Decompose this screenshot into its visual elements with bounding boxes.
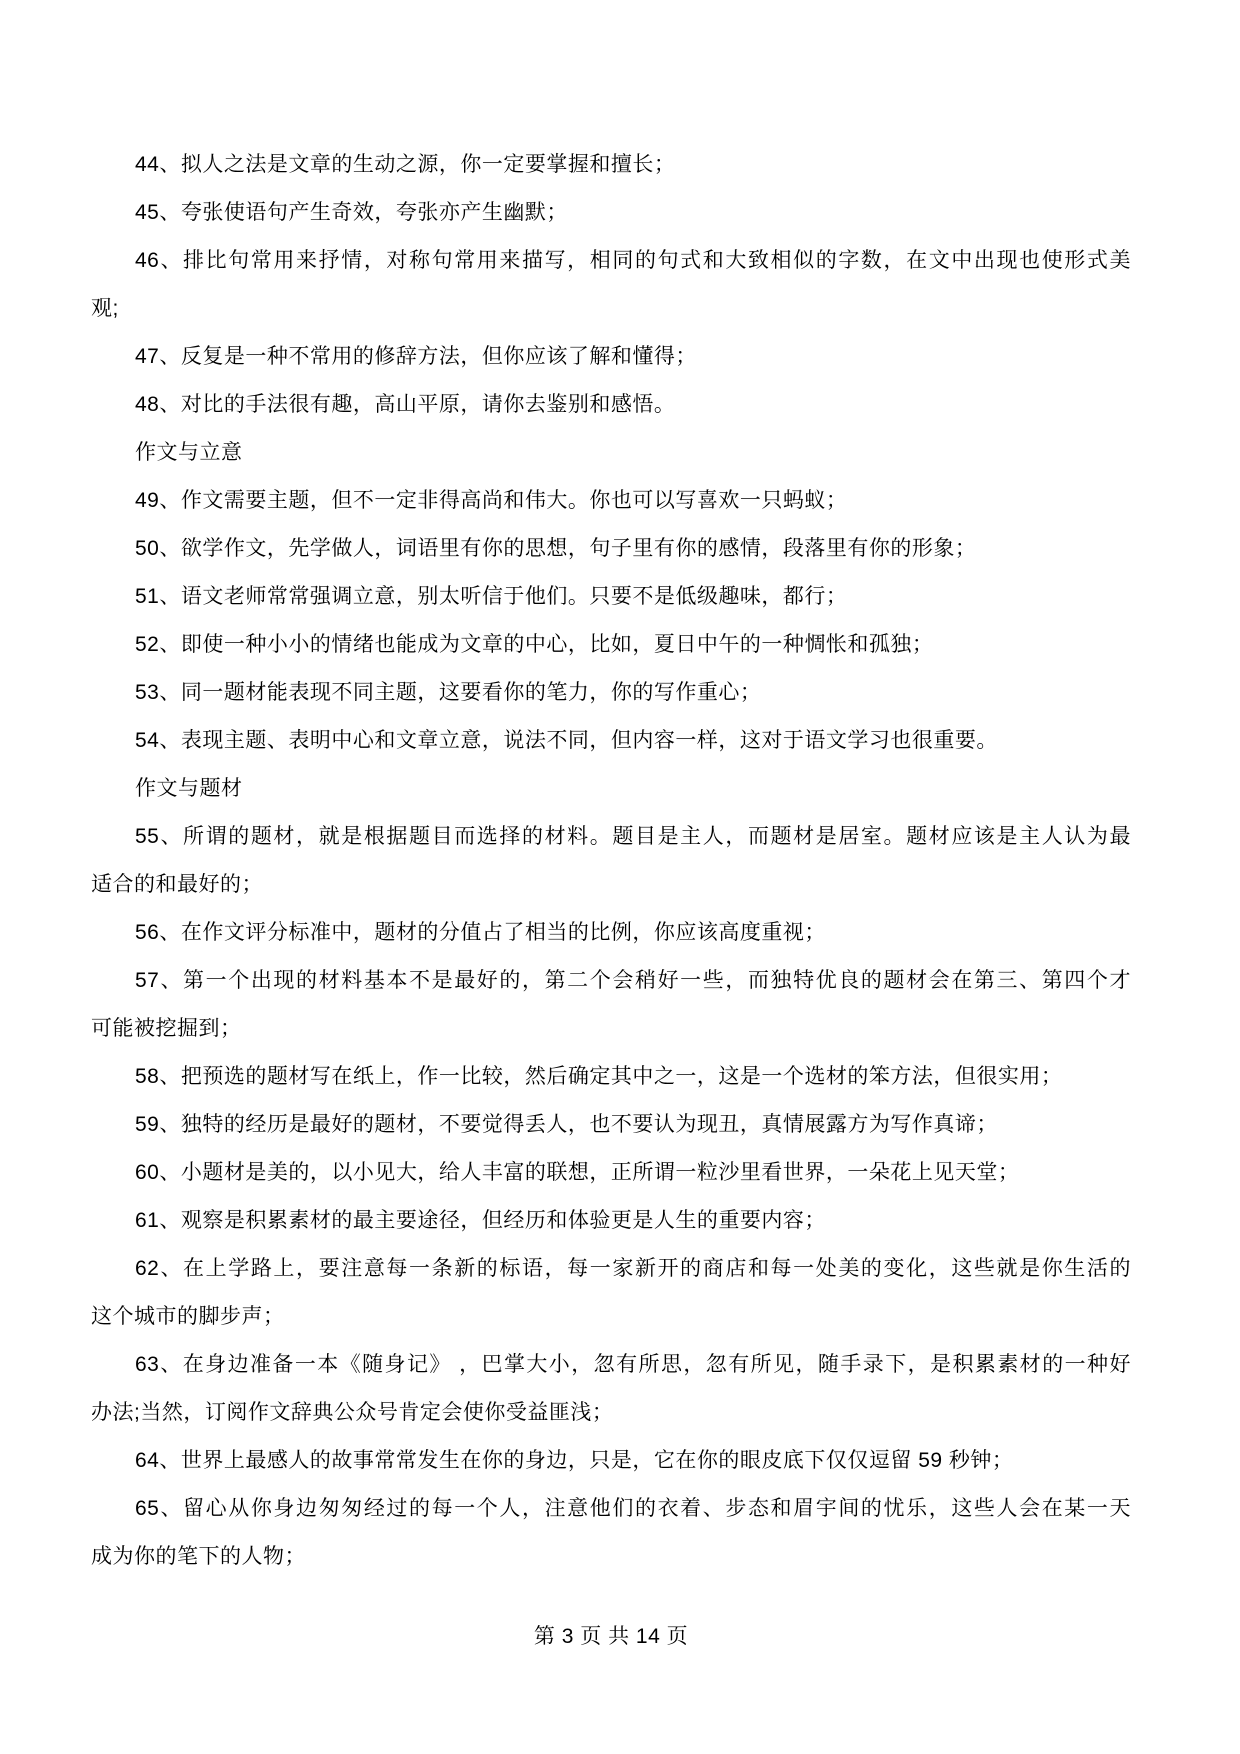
paragraph-line: 观; bbox=[91, 285, 1131, 333]
paragraph-line: 51、语文老师常常强调立意，别太听信于他们。只要不是低级趣味，都行； bbox=[91, 573, 1131, 621]
paragraph-line: 45、夸张使语句产生奇效，夸张亦产生幽默； bbox=[91, 189, 1131, 237]
paragraph-line: 55、所谓的题材，就是根据题目而选择的材料。题目是主人，而题材是居室。题材应该是… bbox=[91, 813, 1131, 861]
paragraph-line: 50、欲学作文，先学做人，词语里有你的思想，句子里有你的感情，段落里有你的形象； bbox=[91, 525, 1131, 573]
paragraph-line: 办法;当然，订阅作文辞典公众号肯定会使你受益匪浅； bbox=[91, 1389, 1131, 1437]
paragraph-line: 48、对比的手法很有趣，高山平原，请你去鉴别和感悟。 bbox=[91, 381, 1131, 429]
section-heading: 作文与题材 bbox=[91, 765, 1131, 813]
paragraph-line: 适合的和最好的； bbox=[91, 861, 1131, 909]
paragraph-line: 49、作文需要主题，但不一定非得高尚和伟大。你也可以写喜欢一只蚂蚁； bbox=[91, 477, 1131, 525]
paragraph-line: 57、第一个出现的材料基本不是最好的，第二个会稍好一些，而独特优良的题材会在第三… bbox=[91, 957, 1131, 1005]
paragraph-line: 可能被挖掘到； bbox=[91, 1005, 1131, 1053]
paragraph-line: 59、独特的经历是最好的题材，不要觉得丢人，也不要认为现丑，真情展露方为写作真谛… bbox=[91, 1101, 1131, 1149]
paragraph-line: 47、反复是一种不常用的修辞方法，但你应该了解和懂得； bbox=[91, 333, 1131, 381]
paragraph-line: 这个城市的脚步声； bbox=[91, 1293, 1131, 1341]
paragraph-line: 58、把预选的题材写在纸上，作一比较，然后确定其中之一，这是一个选材的笨方法，但… bbox=[91, 1053, 1131, 1101]
paragraph-line: 52、即使一种小小的情绪也能成为文章的中心，比如，夏日中午的一种惆怅和孤独； bbox=[91, 621, 1131, 669]
section-heading: 作文与立意 bbox=[91, 429, 1131, 477]
document-body: 44、拟人之法是文章的生动之源，你一定要掌握和擅长；45、夸张使语句产生奇效，夸… bbox=[91, 141, 1131, 1581]
paragraph-line: 61、观察是积累素材的最主要途径，但经历和体验更是人生的重要内容； bbox=[91, 1197, 1131, 1245]
page-number: 第 3 页 共 14 页 bbox=[91, 1613, 1131, 1661]
paragraph-line: 56、在作文评分标准中，题材的分值占了相当的比例，你应该高度重视； bbox=[91, 909, 1131, 957]
paragraph-line: 54、表现主题、表明中心和文章立意，说法不同，但内容一样，这对于语文学习也很重要… bbox=[91, 717, 1131, 765]
paragraph-line: 63、在身边准备一本《随身记》 ，巴掌大小，忽有所思，忽有所见，随手录下，是积累… bbox=[91, 1341, 1131, 1389]
paragraph-line: 46、排比句常用来抒情，对称句常用来描写，相同的句式和大致相似的字数，在文中出现… bbox=[91, 237, 1131, 285]
paragraph-line: 65、留心从你身边匆匆经过的每一个人，注意他们的衣着、步态和眉宇间的忧乐，这些人… bbox=[91, 1485, 1131, 1533]
paragraph-line: 64、世界上最感人的故事常常发生在你的身边，只是，它在你的眼皮底下仅仅逗留 59… bbox=[91, 1437, 1131, 1485]
paragraph-line: 44、拟人之法是文章的生动之源，你一定要掌握和擅长； bbox=[91, 141, 1131, 189]
document-page: 44、拟人之法是文章的生动之源，你一定要掌握和擅长；45、夸张使语句产生奇效，夸… bbox=[0, 0, 1240, 1754]
paragraph-line: 62、在上学路上，要注意每一条新的标语，每一家新开的商店和每一处美的变化，这些就… bbox=[91, 1245, 1131, 1293]
paragraph-line: 53、同一题材能表现不同主题，这要看你的笔力，你的写作重心； bbox=[91, 669, 1131, 717]
paragraph-line: 成为你的笔下的人物； bbox=[91, 1533, 1131, 1581]
paragraph-line: 60、小题材是美的，以小见大，给人丰富的联想，正所谓一粒沙里看世界，一朵花上见天… bbox=[91, 1149, 1131, 1197]
